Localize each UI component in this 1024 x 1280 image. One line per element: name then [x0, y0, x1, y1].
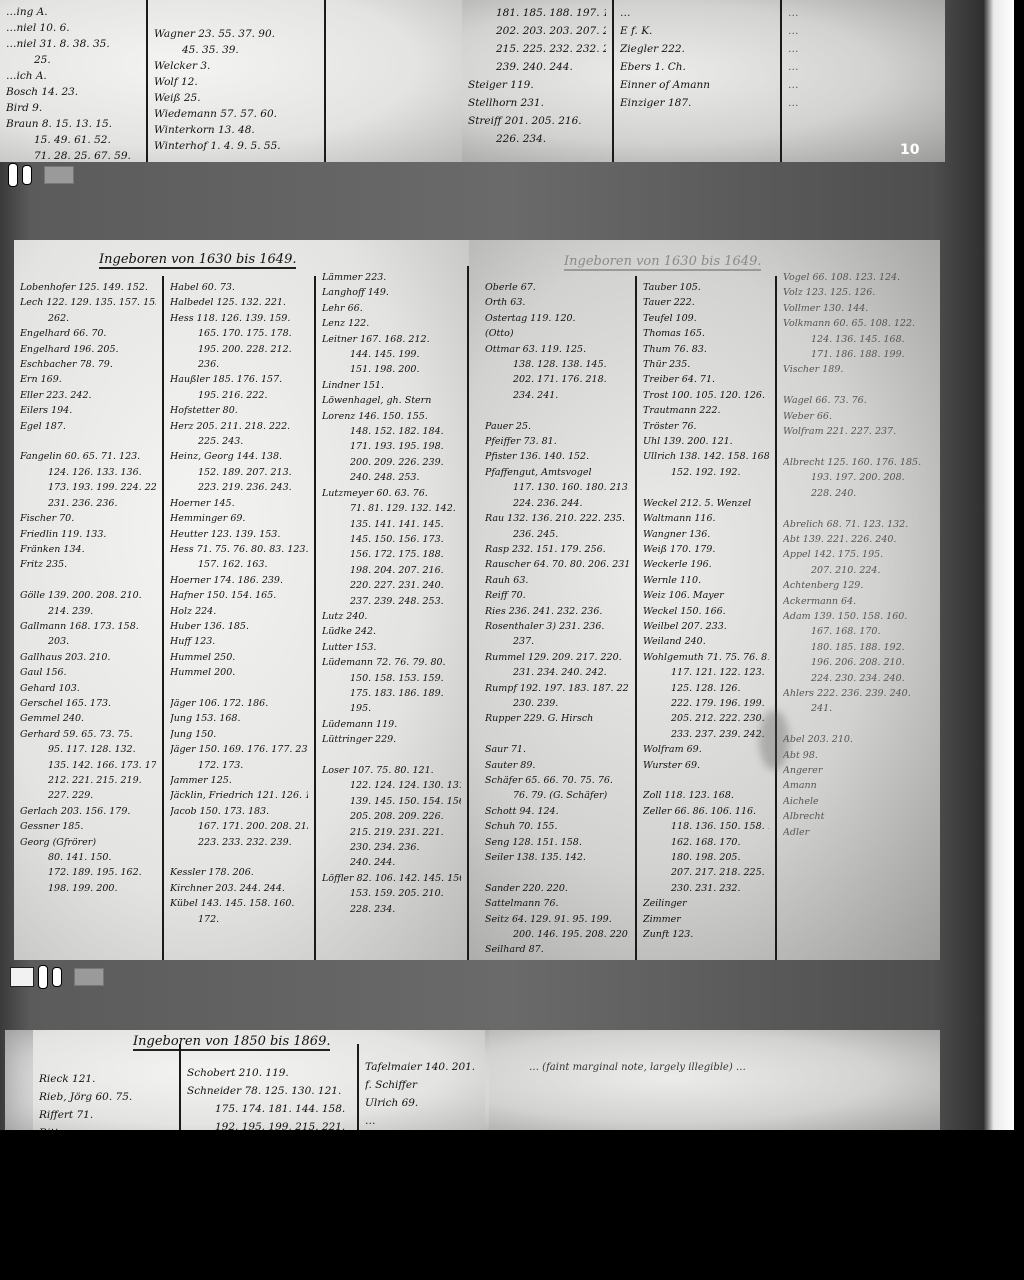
register-entry: Rosenthaler 3) 231. 236.	[485, 619, 629, 634]
marker-bar	[22, 165, 32, 185]
register-entry: Weckerle 196.	[643, 557, 769, 572]
register-entry: Schäfer 65. 66. 70. 75. 76.	[485, 773, 629, 788]
register-entry: Holz 224.	[170, 604, 308, 619]
register-entry: Schuh 70. 155.	[485, 819, 629, 834]
register-entry: 117. 130. 160. 180. 213. 219.	[485, 480, 629, 495]
register-entry	[485, 403, 629, 418]
column: Wagner 23. 55. 37. 90.45. 35. 39.Welcker…	[148, 0, 326, 162]
register-entry: Abt 98.	[783, 748, 934, 763]
register-entry: Seilhard 87.	[485, 942, 629, 957]
register-entry: 173. 193. 199. 224. 229.	[20, 480, 156, 495]
register-entry: 25.	[6, 52, 140, 68]
register-entry: Riffert 71.	[39, 1106, 173, 1124]
page-left: Ingeboren von 1630 bis 1649. Lobenhofer …	[14, 240, 469, 960]
marginal-note: … (faint marginal note, largely illegibl…	[529, 1060, 919, 1076]
register-entry: Fischer 70.	[20, 511, 156, 526]
register-entry: Ahlers 222. 236. 239. 240.	[783, 686, 934, 701]
register-entry: Amann	[783, 778, 934, 793]
register-entry: Hess 71. 75. 76. 80. 83. 123.	[170, 542, 308, 557]
register-entry: 151. 198. 200.	[322, 362, 461, 377]
register-entry: …niel 10. 6.	[6, 20, 140, 36]
register-entry: Pfeiffer 73. 81.	[485, 434, 629, 449]
register-entry: Aichele	[783, 794, 934, 809]
register-entry: Gallhaus 203. 210.	[20, 650, 156, 665]
register-entry: 215. 225. 232. 232. 233.	[468, 40, 606, 58]
register-entry: 145. 150. 156. 173.	[322, 532, 461, 547]
register-entry: Engelhard 196. 205.	[20, 342, 156, 357]
register-entry: 236. 245.	[485, 527, 629, 542]
register-entry: Wolf 12.	[154, 74, 318, 90]
register-entry: Kübel 143. 145. 158. 160.	[170, 896, 308, 911]
register-entry: Langhoff 149.	[322, 285, 461, 300]
frame-number: 10	[900, 142, 919, 158]
register-entry: 224. 236. 244.	[485, 496, 629, 511]
register-entry: 71. 81. 129. 132. 142.	[322, 501, 461, 516]
register-entry: 226. 234.	[468, 130, 606, 148]
register-entry: …niel 31. 8. 38. 35.	[6, 36, 140, 52]
register-entry: Hafner 150. 154. 165.	[170, 588, 308, 603]
register-entry: Bird 9.	[6, 100, 140, 116]
register-entry	[20, 573, 156, 588]
register-entry: Trost 100. 105. 120. 126. 150.	[643, 388, 769, 403]
column: 181. 185. 188. 197. 198.202. 203. 203. 2…	[462, 0, 614, 162]
register-entry: 262.	[20, 311, 156, 326]
register-entry: Ulrich 69.	[365, 1094, 479, 1112]
register-entry: 224. 230. 234. 240.	[783, 671, 934, 686]
column: Tauber 105.Tauer 222.Teufel 109.Thomas 1…	[637, 276, 777, 960]
register-entry: Schneider 78. 125. 130. 121.	[187, 1082, 351, 1100]
register-entry: Wagel 66. 73. 76.	[783, 393, 934, 408]
marker-bar	[8, 163, 18, 187]
register-entry: 162. 168. 170.	[643, 835, 769, 850]
register-entry: Treiber 64. 71.	[643, 372, 769, 387]
register-entry: Lutzmeyer 60. 63. 76.	[322, 486, 461, 501]
register-entry: 171. 193. 195. 198.	[322, 439, 461, 454]
register-entry: 15. 49. 61. 52.	[6, 132, 140, 148]
register-entry: 171. 186. 188. 199.	[783, 347, 934, 362]
column	[326, 0, 462, 162]
register-entry: Hess 118. 126. 139. 159.	[170, 311, 308, 326]
register-entry: 124. 136. 145. 168.	[783, 332, 934, 347]
register-entry: Rau 132. 136. 210. 222. 235.	[485, 511, 629, 526]
register-entry	[170, 681, 308, 696]
register-entry: Seng 128. 151. 158.	[485, 835, 629, 850]
register-entry: 228. 234.	[322, 902, 461, 917]
register-entry: Reiff 70.	[485, 588, 629, 603]
register-entry: Fränken 134.	[20, 542, 156, 557]
register-entry: Heutter 123. 139. 153.	[170, 527, 308, 542]
register-entry	[322, 748, 461, 763]
register-entry: Heinz, Georg 144. 138.	[170, 449, 308, 464]
register-entry: Leitner 167. 168. 212.	[322, 332, 461, 347]
register-entry: Herz 205. 211. 218. 222.	[170, 419, 308, 434]
register-entry: Haußler 185. 176. 157.	[170, 372, 308, 387]
register-entry: Friedlin 119. 133.	[20, 527, 156, 542]
register-entry: Wagner 23. 55. 37. 90.	[154, 26, 318, 42]
register-entry: Jammer 125.	[170, 773, 308, 788]
register-entry: 125. 128. 126.	[643, 681, 769, 696]
register-entry: 196. 206. 208. 210.	[783, 655, 934, 670]
register-entry: 239. 240. 244.	[468, 58, 606, 76]
register-entry: Kirchner 203. 244. 244.	[170, 881, 308, 896]
register-entry: Löwenhagel, gh. Stern	[322, 393, 461, 408]
register-entry: Streiff 201. 205. 216.	[468, 112, 606, 130]
register-entry: Steiger 119.	[468, 76, 606, 94]
register-entry: Teufel 109.	[643, 311, 769, 326]
register-entry: Thomas 165.	[643, 326, 769, 341]
register-entry: Eilers 194.	[20, 403, 156, 418]
register-entry: 139. 145. 150. 154. 156.	[322, 794, 461, 809]
register-entry: (Otto)	[485, 326, 629, 341]
register-entry: 117. 121. 122. 123.	[643, 665, 769, 680]
register-entry: 214. 239.	[20, 604, 156, 619]
register-entry: Pfister 136. 140. 152.	[485, 449, 629, 464]
register-entry: 193. 197. 200. 208.	[783, 470, 934, 485]
register-entry: Thum 76. 83.	[643, 342, 769, 357]
microfilm-strip: …ing A.…niel 10. 6.…niel 31. 8. 38. 35.2…	[0, 0, 1014, 1150]
frame-bottom: Ingeboren von 1850 bis 1869. Rieck 121.R…	[5, 1030, 940, 1135]
register-entry: Schott 94. 124.	[485, 804, 629, 819]
register-entry: Saur 71.	[485, 742, 629, 757]
register-entry: Gemmel 240.	[20, 711, 156, 726]
register-entry: Seitz 64. 129. 91. 95. 199.	[485, 912, 629, 927]
register-entry: 202. 203. 203. 207. 210.	[468, 22, 606, 40]
register-entry: 175. 174. 181. 144. 158.	[187, 1100, 351, 1118]
film-edge	[0, 1130, 1024, 1280]
register-entry: Lech 122. 129. 135. 157. 159.	[20, 295, 156, 310]
register-entry	[643, 480, 769, 495]
register-entry: Rasp 232. 151. 179. 256.	[485, 542, 629, 557]
register-entry: 180. 185. 188. 192.	[783, 640, 934, 655]
register-entry: Volz 123. 125. 126.	[783, 285, 934, 300]
register-entry: 202. 171. 176. 218.	[485, 372, 629, 387]
register-entry: 45. 35. 39.	[154, 42, 318, 58]
register-entry: …	[788, 58, 939, 76]
page-right-top: 181. 185. 188. 197. 198.202. 203. 203. 2…	[462, 0, 945, 162]
register-entry: Lehr 66.	[322, 301, 461, 316]
register-entry: Hummel 200.	[170, 665, 308, 680]
register-entry: Vogel 66. 108. 123. 124.	[783, 270, 934, 285]
register-entry: Gölle 139. 200. 208. 210.	[20, 588, 156, 603]
register-entry	[485, 865, 629, 880]
register-entry	[783, 378, 934, 393]
register-entry: Wiedemann 57. 57. 60.	[154, 106, 318, 122]
register-entry: Lobenhofer 125. 149. 152.	[20, 280, 156, 295]
register-entry: Zeilinger	[643, 896, 769, 911]
register-entry: Habel 60. 73.	[170, 280, 308, 295]
column: ………………	[782, 0, 945, 162]
register-entry	[20, 434, 156, 449]
register-entry: Ackermann 64.	[783, 594, 934, 609]
register-entry: Zimmer	[643, 912, 769, 927]
register-entry: Rieb, Jörg 60. 75.	[39, 1088, 173, 1106]
register-entry: 215. 219. 231. 221.	[322, 825, 461, 840]
register-entry: 231. 236. 236.	[20, 496, 156, 511]
register-entry: …	[620, 4, 774, 22]
register-entry: Georg (Gfrörer)	[20, 835, 156, 850]
register-entry: Pfaffengut, Amtsvogel	[485, 465, 629, 480]
register-entry: Abel 203. 210.	[783, 732, 934, 747]
register-entry: Adler	[783, 825, 934, 840]
column: Rieck 121.Rieb, Jörg 60. 75.Riffert 71.R…	[33, 1044, 181, 1135]
register-entry: Uhl 139. 200. 121.	[643, 434, 769, 449]
register-entry: Gessner 185.	[20, 819, 156, 834]
register-entry: Wurster 69.	[643, 758, 769, 773]
register-entry: Orth 63.	[485, 295, 629, 310]
marker-square	[44, 166, 74, 184]
register-entry: Jäger 106. 172. 186.	[170, 696, 308, 711]
register-entry: Weilbel 207. 233.	[643, 619, 769, 634]
register-entry: Weber 66.	[783, 409, 934, 424]
column: Lämmer 223.Langhoff 149.Lehr 66.Lenz 122…	[316, 266, 469, 960]
register-entry: Trautmann 222.	[643, 403, 769, 418]
register-entry: …ing A.	[6, 4, 140, 20]
register-entry: 195. 216. 222.	[170, 388, 308, 403]
register-entry: …ich A.	[6, 68, 140, 84]
register-entry: Jäger 150. 169. 176. 177. 237.	[170, 742, 308, 757]
column: Habel 60. 73.Halbedel 125. 132. 221.Hess…	[164, 276, 316, 960]
register-entry: Engelhard 66. 70.	[20, 326, 156, 341]
register-entry: Hofstetter 80.	[170, 403, 308, 418]
column: Schobert 210. 119.Schneider 78. 125. 130…	[181, 1044, 359, 1135]
register-entry: Jäcklin, Friedrich 121. 126. 185.	[170, 788, 308, 803]
register-entry: Eller 223. 242.	[20, 388, 156, 403]
register-entry: f. Schiffer	[365, 1076, 479, 1094]
register-entry: Oberle 67.	[485, 280, 629, 295]
register-entry: 157. 162. 163.	[170, 557, 308, 572]
register-entry: Jung 153. 168.	[170, 711, 308, 726]
register-entry: 152. 189. 207. 213.	[170, 465, 308, 480]
column: Lobenhofer 125. 149. 152.Lech 122. 129. …	[14, 276, 164, 960]
register-entry: 223. 233. 232. 239.	[170, 835, 308, 850]
register-entry: Waltmann 116.	[643, 511, 769, 526]
register-entry: 167. 168. 170.	[783, 624, 934, 639]
register-entry: Achtenberg 129.	[783, 578, 934, 593]
register-entry: Jung 150.	[170, 727, 308, 742]
register-entry: Ziegler 222.	[620, 40, 774, 58]
register-entry: Vischer 189.	[783, 362, 934, 377]
register-entry: 148. 152. 182. 184.	[322, 424, 461, 439]
register-entry: Abrelich 68. 71. 123. 132.	[783, 517, 934, 532]
column: …E f. K.Ziegler 222.Ebers 1. Ch.Einner o…	[614, 0, 782, 162]
register-entry: Loser 107. 75. 80. 121.	[322, 763, 461, 778]
register-entry: Jacob 150. 173. 183.	[170, 804, 308, 819]
register-entry: 198. 199. 200.	[20, 881, 156, 896]
register-entry: 118. 136. 150. 158. 160.	[643, 819, 769, 834]
register-entry: Ullrich 138. 142. 158. 168.	[643, 449, 769, 464]
register-entry: 175. 183. 186. 189.	[322, 686, 461, 701]
register-entry: Weiland 240.	[643, 634, 769, 649]
register-entry: Ottmar 63. 119. 125.	[485, 342, 629, 357]
register-entry: 205. 208. 209. 226.	[322, 809, 461, 824]
page-header: Ingeboren von 1630 bis 1649.	[99, 252, 296, 269]
register-entry: 198. 204. 207. 216.	[322, 563, 461, 578]
register-entry: 172. 173.	[170, 758, 308, 773]
register-entry: Huff 123.	[170, 634, 308, 649]
register-entry: 95. 117. 128. 132.	[20, 742, 156, 757]
register-entry: Wohlgemuth 71. 75. 76. 81.	[643, 650, 769, 665]
register-entry: 222. 179. 196. 199.	[643, 696, 769, 711]
register-entry: 233. 237. 239. 242.	[643, 727, 769, 742]
marker-bar	[52, 967, 62, 987]
register-entry: Lindner 151.	[322, 378, 461, 393]
register-entry: Löffler 82. 106. 142. 145. 150.	[322, 871, 461, 886]
column: Vogel 66. 108. 123. 124.Volz 123. 125. 1…	[777, 266, 940, 960]
register-entry: Huber 136. 185.	[170, 619, 308, 634]
register-entry: Ries 236. 241. 232. 236.	[485, 604, 629, 619]
register-entry: 227. 229.	[20, 788, 156, 803]
frame-top: …ing A.…niel 10. 6.…niel 31. 8. 38. 35.2…	[0, 0, 945, 162]
register-entry: Ern 169.	[20, 372, 156, 387]
register-entry: Ostertag 119. 120.	[485, 311, 629, 326]
register-entry: Lorenz 146. 150. 155.	[322, 409, 461, 424]
register-entry: 195.	[322, 701, 461, 716]
register-entry: Stellhorn 231.	[468, 94, 606, 112]
register-entry: Gerschel 165. 173.	[20, 696, 156, 711]
register-entry: 195. 200. 228. 212.	[170, 342, 308, 357]
register-entry: Sattelmann 76.	[485, 896, 629, 911]
register-entry: Winterkorn 13. 48.	[154, 122, 318, 138]
register-entry: 234. 241.	[485, 388, 629, 403]
register-entry: Halbedel 125. 132. 221.	[170, 295, 308, 310]
register-entry: 165. 170. 175. 178.	[170, 326, 308, 341]
register-entry: Weckel 212. 5. Wenzel	[643, 496, 769, 511]
register-entry: 200. 209. 226. 239.	[322, 455, 461, 470]
register-entry: 220. 227. 231. 240.	[322, 578, 461, 593]
column: Oberle 67.Orth 63.Ostertag 119. 120.(Ott…	[479, 276, 637, 960]
register-entry: 156. 172. 175. 188.	[322, 547, 461, 562]
stain	[759, 710, 789, 770]
register-entry: …	[788, 4, 939, 22]
register-entry: Wolfram 69.	[643, 742, 769, 757]
register-entry: Albrecht 125. 160. 176. 185.	[783, 455, 934, 470]
register-entry: Lüttringer 229.	[322, 732, 461, 747]
column: …ing A.…niel 10. 6.…niel 31. 8. 38. 35.2…	[0, 0, 148, 162]
register-entry: 71. 28. 25. 67. 59.	[6, 148, 140, 162]
register-entry: …	[788, 76, 939, 94]
register-entry: Hummel 250.	[170, 650, 308, 665]
register-entry: Lutter 153.	[322, 640, 461, 655]
register-entry: 240. 244.	[322, 855, 461, 870]
register-entry: Lüdemann 72. 76. 79. 80.	[322, 655, 461, 670]
register-entry: Braun 8. 15. 13. 15.	[6, 116, 140, 132]
marker-box	[10, 967, 34, 987]
register-entry: Rummel 129. 209. 217. 220.	[485, 650, 629, 665]
register-entry: 228. 240.	[783, 486, 934, 501]
register-entry: Gaul 156.	[20, 665, 156, 680]
register-entry: 237. 239. 248. 253.	[322, 594, 461, 609]
register-entry: 230. 231. 232.	[643, 881, 769, 896]
register-entry: Egel 187.	[20, 419, 156, 434]
register-entry: Wangner 136.	[643, 527, 769, 542]
register-entry: Tröster 76.	[643, 419, 769, 434]
page-right: Ingeboren von 1630 bis 1649. Oberle 67.O…	[469, 240, 940, 960]
register-entry: Gerlach 203. 156. 179.	[20, 804, 156, 819]
register-entry: Welcker 3.	[154, 58, 318, 74]
register-entry	[170, 850, 308, 865]
marker-square	[74, 968, 104, 986]
register-entry: Eschbacher 78. 79.	[20, 357, 156, 372]
register-entry: Appel 142. 175. 195.	[783, 547, 934, 562]
register-entry: 144. 145. 199.	[322, 347, 461, 362]
register-entry: Lämmer 223.	[322, 270, 461, 285]
register-entry: Schobert 210. 119.	[187, 1064, 351, 1082]
register-entry: Rupper 229. G. Hirsch	[485, 711, 629, 726]
register-entry: 236.	[170, 357, 308, 372]
register-entry: …	[788, 94, 939, 112]
page-left-bottom: Ingeboren von 1850 bis 1869. Rieck 121.R…	[33, 1030, 485, 1135]
frame-middle: Ingeboren von 1630 bis 1649. Lobenhofer …	[14, 240, 940, 960]
register-entry	[783, 501, 934, 516]
column: Tafelmaier 140. 201.f. SchifferUlrich 69…	[359, 1044, 485, 1135]
register-entry: Lüdemann 119.	[322, 717, 461, 732]
register-entry: 150. 158. 153. 159.	[322, 671, 461, 686]
register-entry	[783, 717, 934, 732]
register-entry: Fangelin 60. 65. 71. 123.	[20, 449, 156, 464]
register-entry: Pauer 25.	[485, 419, 629, 434]
register-entry: Angerer	[783, 763, 934, 778]
register-entry: 230. 234. 236.	[322, 840, 461, 855]
register-entry: Rauh 63.	[485, 573, 629, 588]
register-entry: Einner of Amann	[620, 76, 774, 94]
register-entry: 225. 243.	[170, 434, 308, 449]
register-entry: Gehard 103.	[20, 681, 156, 696]
register-entry	[485, 727, 629, 742]
register-entry: 231. 234. 240. 242.	[485, 665, 629, 680]
film-marker-middle	[10, 965, 104, 989]
register-entry: 138. 128. 138. 145.	[485, 357, 629, 372]
register-entry: 153. 159. 205. 210.	[322, 886, 461, 901]
register-entry: Weiß 170. 179.	[643, 542, 769, 557]
register-entry: Zoll 118. 123. 168.	[643, 788, 769, 803]
register-entry: Volkmann 60. 65. 108. 122.	[783, 316, 934, 331]
page-header: Ingeboren von 1630 bis 1649.	[564, 254, 761, 271]
register-entry: …	[788, 40, 939, 58]
register-entry: 152. 192. 192.	[643, 465, 769, 480]
register-entry: Albrecht	[783, 809, 934, 824]
register-entry: Weiß 25.	[154, 90, 318, 106]
register-entry: 205. 212. 222. 230.	[643, 711, 769, 726]
register-entry: 135. 142. 166. 173. 172.	[20, 758, 156, 773]
register-entry: Zeller 66. 86. 106. 116.	[643, 804, 769, 819]
register-entry: Abt 139. 221. 226. 240.	[783, 532, 934, 547]
register-entry: 135. 141. 141. 145.	[322, 517, 461, 532]
register-entry: Fritz 235.	[20, 557, 156, 572]
register-entry: Lenz 122.	[322, 316, 461, 331]
register-entry: 122. 124. 124. 130. 131.	[322, 778, 461, 793]
register-entry: Seiler 138. 135. 142.	[485, 850, 629, 865]
register-entry: Sander 220. 220.	[485, 881, 629, 896]
register-entry: …	[788, 22, 939, 40]
register-entry: Gerhard 59. 65. 73. 75.	[20, 727, 156, 742]
register-entry: Tauer 222.	[643, 295, 769, 310]
register-entry: E f. K.	[620, 22, 774, 40]
register-entry: 181. 185. 188. 197. 198.	[468, 4, 606, 22]
register-entry: Weiz 106. Mayer	[643, 588, 769, 603]
marker-bar	[38, 965, 48, 989]
register-entry: 172.	[170, 912, 308, 927]
register-entry	[783, 439, 934, 454]
register-entry: Sauter 89.	[485, 758, 629, 773]
register-entry: 230. 239.	[485, 696, 629, 711]
page-left-top: …ing A.…niel 10. 6.…niel 31. 8. 38. 35.2…	[0, 0, 462, 162]
register-entry: Winterhof 1. 4. 9. 5. 55.	[154, 138, 318, 154]
register-entry: Ebers 1. Ch.	[620, 58, 774, 76]
register-entry: 237.	[485, 634, 629, 649]
register-entry: 240. 248. 253.	[322, 470, 461, 485]
register-entry: 200. 146. 195. 208. 220.	[485, 927, 629, 942]
register-entry: 180. 198. 205.	[643, 850, 769, 865]
